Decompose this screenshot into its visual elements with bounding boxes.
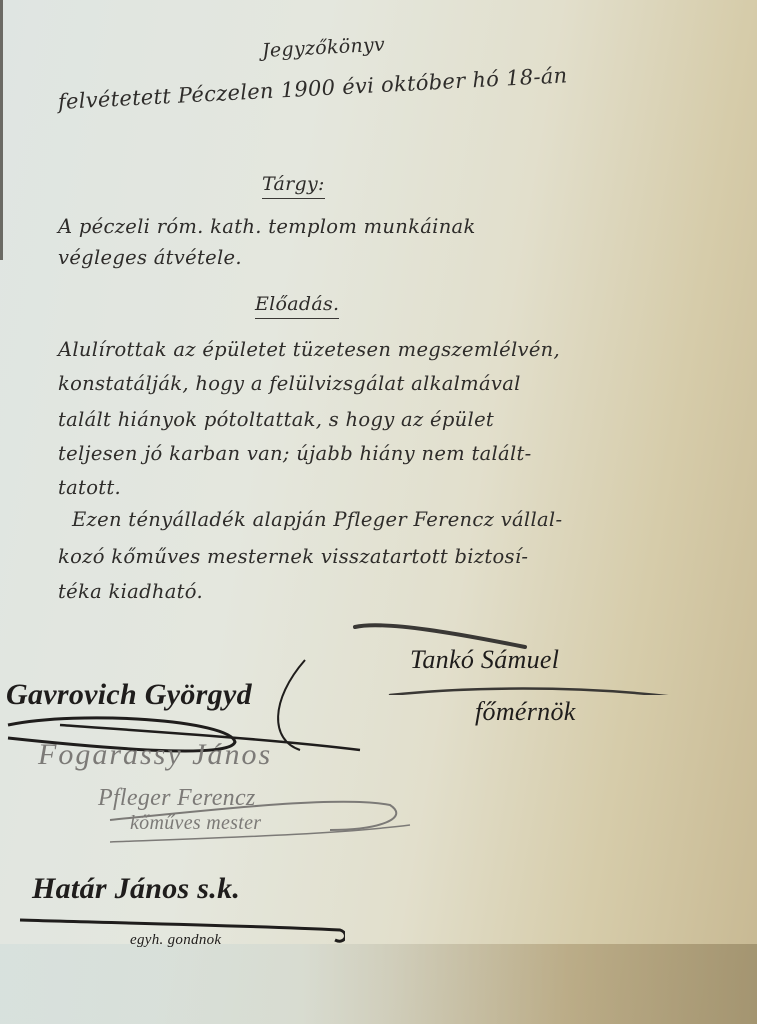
signature-signer-2: Fogarassy János <box>38 738 272 772</box>
report-line-5: tatott. <box>58 476 121 499</box>
subject-line-1: A péczeli róm. kath. templom munkáinak <box>58 215 476 238</box>
paper-shading <box>0 944 757 1024</box>
signature-chief-engineer-name: Tankó Sámuel <box>410 645 559 675</box>
signature-signer-4-name: Határ János s.k. <box>32 872 240 906</box>
report-line-4: teljesen jó karban van; újabb hiány nem … <box>58 442 532 465</box>
subject-heading: Tárgy: <box>262 173 325 199</box>
subject-line-2: végleges átvétele. <box>58 246 242 269</box>
report-line-6: Ezen tényálladék alapján Pfleger Ferencz… <box>72 508 562 531</box>
document-subtitle: felvétetett Péczelen 1900 évi október hó… <box>57 63 568 114</box>
signature-signer-4-title: egyh. gondnok <box>130 932 221 949</box>
signature-signer-1: Gavrovich Györgyd <box>6 678 252 712</box>
report-line-3: talált hiányok pótoltattak, s hogy az ép… <box>58 408 494 431</box>
report-heading: Előadás. <box>255 293 339 319</box>
signature-chief-engineer-title: főmérnök <box>475 697 576 727</box>
signature-signer-3-title: kőműves mester <box>130 812 261 835</box>
page-edge-shadow <box>0 0 3 260</box>
signature-signer-3-name: Pfleger Ferencz <box>98 785 256 812</box>
report-line-2: konstatálják, hogy a felülvizsgálat alka… <box>58 372 521 395</box>
document-title: Jegyzőkönyv <box>261 34 385 62</box>
report-line-1: Alulírottak az épületet tüzetesen megsze… <box>58 338 560 361</box>
report-line-8: téka kiadható. <box>58 580 203 603</box>
report-line-7: kozó kőműves mesternek visszatartott biz… <box>58 545 528 568</box>
